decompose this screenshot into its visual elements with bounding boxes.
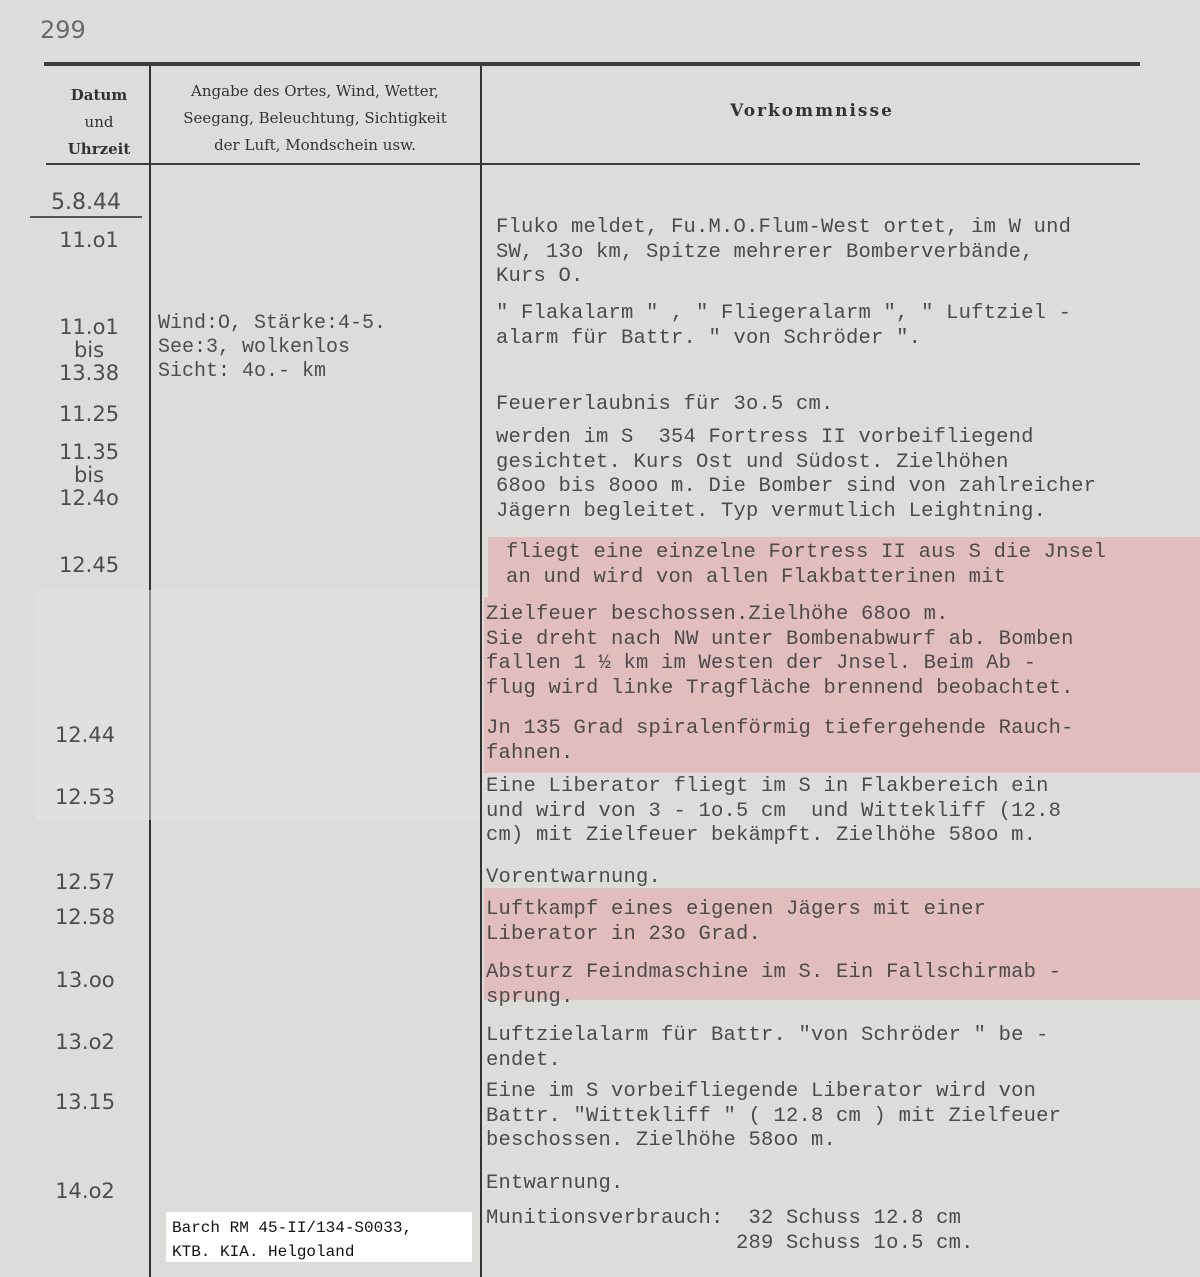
page-number: 299: [40, 16, 86, 44]
column-divider-2: [480, 66, 482, 1277]
entry-time: 12.53: [10, 786, 160, 809]
entry-time: 13.o2: [10, 1031, 160, 1054]
weather-conditions: Wind:O, Stärke:4-5. See:3, wolkenlos Sic…: [158, 312, 386, 384]
entry-time: 12.58: [10, 906, 160, 929]
entry-date: 5.8.44: [30, 190, 142, 218]
event-text: Eine Liberator fliegt im S in Flakbereic…: [486, 775, 1196, 849]
entry-time: 12.57: [10, 871, 160, 894]
top-rule: [44, 62, 1140, 66]
event-text: Vorentwarnung.: [486, 866, 1196, 891]
event-text: Absturz Feindmaschine im S. Ein Fallschi…: [486, 961, 1196, 1010]
event-text: Luftkampf eines eigenen Jägers mit einer…: [486, 898, 1196, 947]
header-location-weather: Angabe des Ortes, Wind, Wetter, Seegang,…: [152, 78, 478, 159]
entry-time: 11.o1: [14, 229, 164, 252]
entry-time: 11.35 bis 12.4o: [14, 441, 164, 510]
entry-time: 11.25: [14, 403, 164, 426]
event-text: Eine im S vorbeifliegende Liberator wird…: [486, 1080, 1196, 1154]
archive-citation: Barch RM 45-II/134-S0033, KTB. KIA. Helg…: [166, 1212, 472, 1262]
event-text: Fluko meldet, Fu.M.O.Flum-West ortet, im…: [496, 216, 1200, 290]
event-text: Feuererlaubnis für 3o.5 cm.: [496, 393, 1200, 418]
header-events: Vorkommnisse: [482, 98, 1142, 125]
header-date-time: Datum und Uhrzeit: [50, 82, 148, 163]
event-text: werden im S 354 Fortress II vorbeifliege…: [496, 426, 1200, 524]
entry-time: 11.o1 bis 13.38: [14, 316, 164, 385]
event-text: Entwarnung.: [486, 1172, 1196, 1197]
entry-time: 14.o2: [10, 1180, 160, 1203]
entry-time: 13.15: [10, 1091, 160, 1114]
entry-time: 12.45: [14, 554, 164, 577]
ammunition-usage: Munitionsverbrauch: 32 Schuss 12.8 cm 28…: [486, 1207, 1196, 1256]
event-text: Zielfeuer beschossen.Zielhöhe 68oo m. Si…: [486, 603, 1196, 701]
header-bottom-rule: [46, 163, 1140, 165]
entry-time: 12.44: [10, 724, 160, 747]
event-text: Jn 135 Grad spiralenförmig tiefergehende…: [486, 717, 1196, 766]
entry-time: 13.oo: [10, 969, 160, 992]
event-text: " Flakalarm " , " Fliegeralarm ", " Luft…: [496, 302, 1200, 351]
event-text: Luftzielalarm für Battr. "von Schröder "…: [486, 1024, 1196, 1073]
event-text: fliegt eine einzelne Fortress II aus S d…: [506, 541, 1200, 590]
